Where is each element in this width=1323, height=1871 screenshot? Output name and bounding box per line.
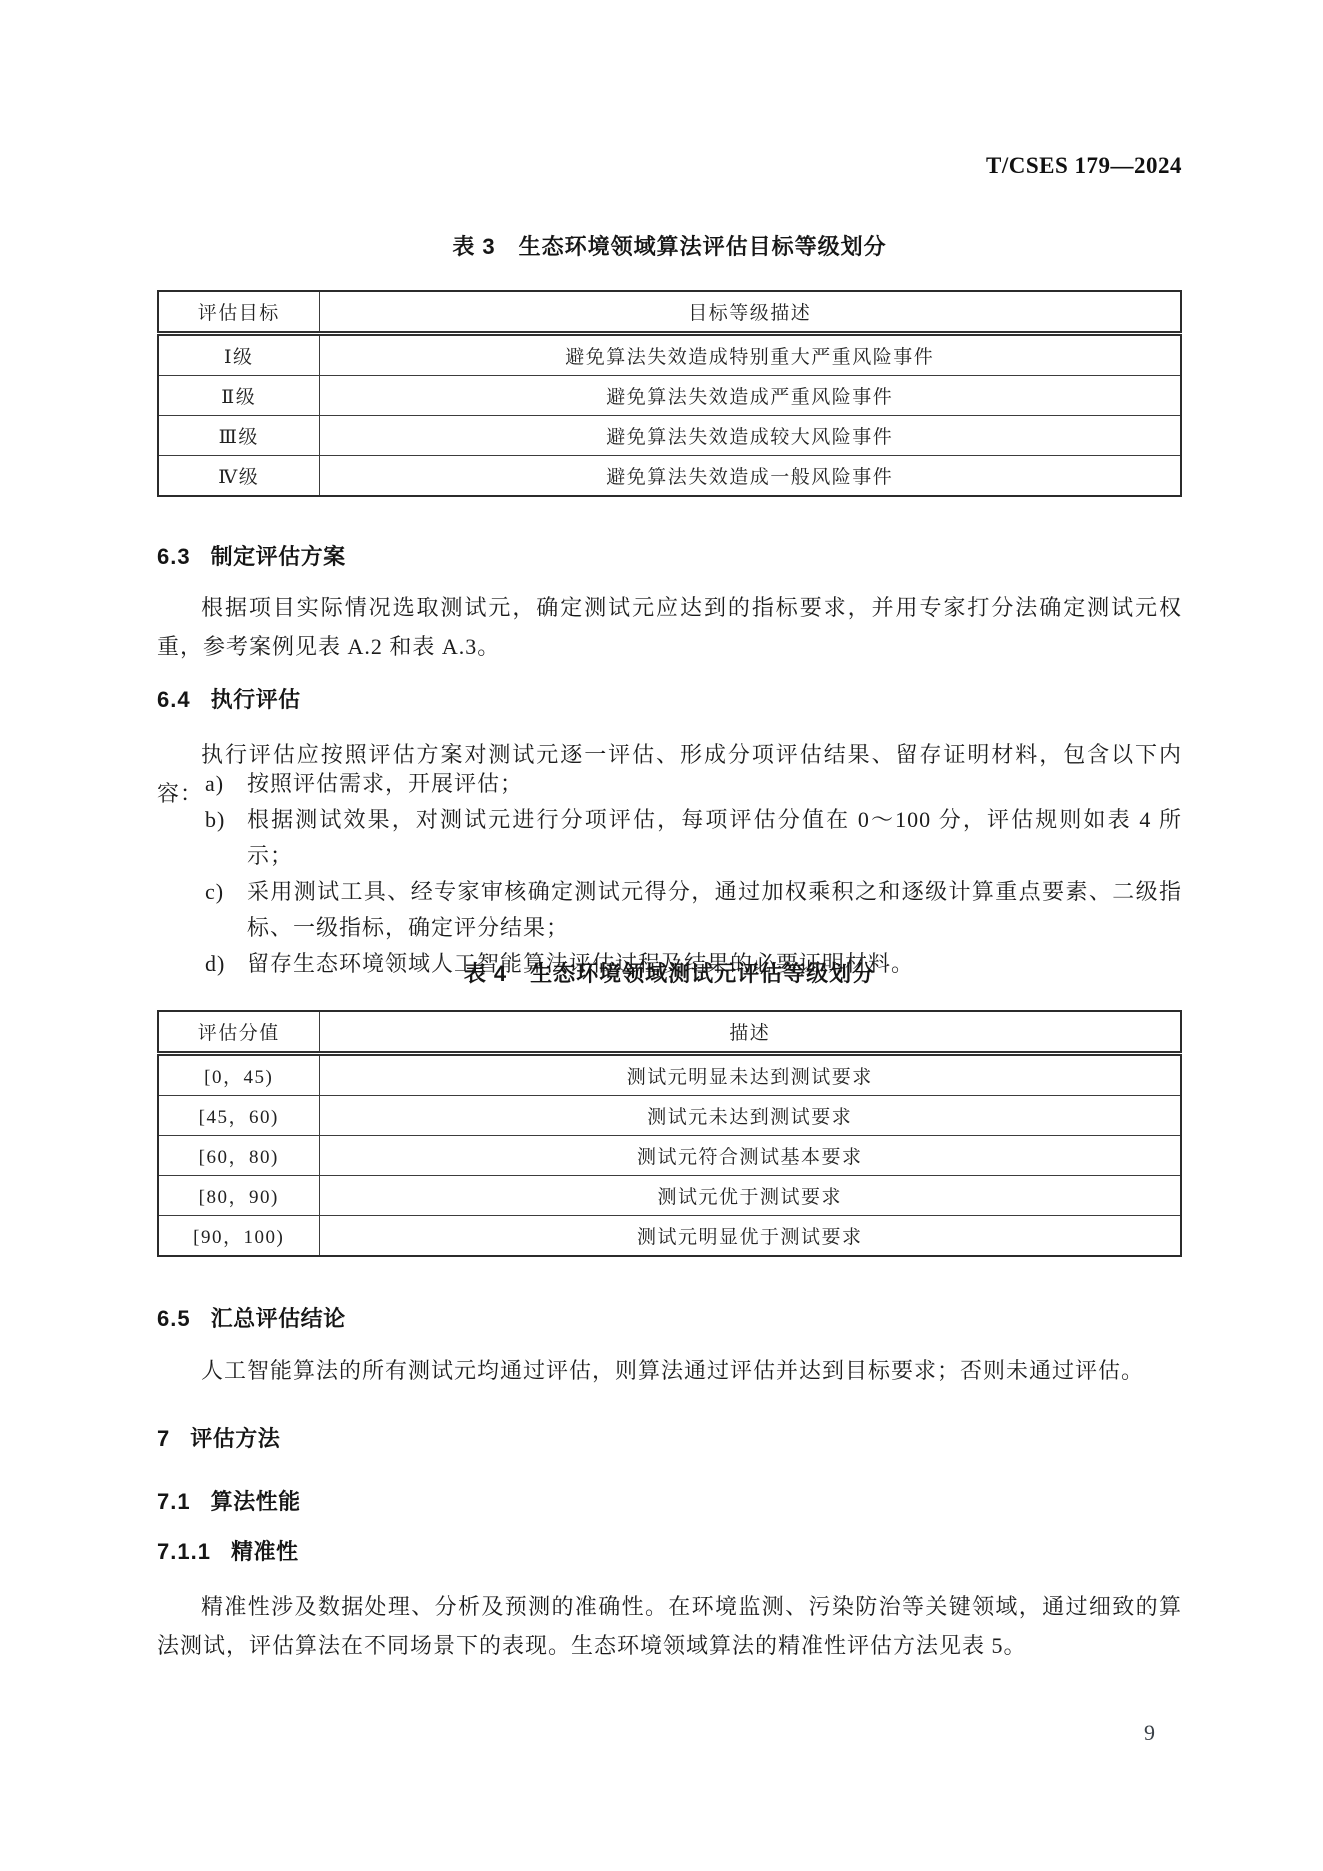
table3-header-row: 评估目标 目标等级描述 (158, 291, 1181, 334)
section-7-1-1-paragraph: 精准性涉及数据处理、分析及预测的准确性。在环境监测、污染防治等关键领域，通过细致… (157, 1587, 1182, 1665)
row-key-cell: [45，60) (158, 1096, 319, 1136)
row-desc-cell: 避免算法失效造成较大风险事件 (319, 416, 1181, 456)
list-item-text: 按照评估需求，开展评估； (247, 766, 1182, 802)
section-number: 7.1 (157, 1489, 191, 1514)
table4-header-row: 评估分值 描述 (158, 1011, 1181, 1054)
section-6-3-heading: 6.3制定评估方案 (157, 540, 1182, 571)
section-number: 7.1.1 (157, 1539, 211, 1564)
table-row: Ⅲ级 避免算法失效造成较大风险事件 (158, 416, 1181, 456)
list-item-c: c) 采用测试工具、经专家审核确定测试元得分，通过加权乘积之和逐级计算重点要素、… (157, 874, 1182, 946)
table4-caption: 表 4 生态环境领域测试元评估等级划分 (157, 957, 1182, 988)
section-title: 精准性 (231, 1539, 299, 1564)
row-desc-cell: 测试元明显未达到测试要求 (319, 1054, 1181, 1096)
row-key-cell: Ⅳ级 (158, 456, 319, 497)
section-title: 制定评估方案 (211, 544, 346, 569)
column-header-description: 目标等级描述 (319, 291, 1181, 334)
section-number: 7 (157, 1426, 170, 1451)
row-desc-cell: 测试元未达到测试要求 (319, 1096, 1181, 1136)
list-item-a: a) 按照评估需求，开展评估； (157, 766, 1182, 802)
section-6-5-heading: 6.5汇总评估结论 (157, 1302, 1182, 1333)
list-item-b: b) 根据测试效果，对测试元进行分项评估，每项评估分值在 0～100 分，评估规… (157, 802, 1182, 874)
list-item-label: c) (205, 874, 247, 910)
table4: 评估分值 描述 [0，45) 测试元明显未达到测试要求 [45，60) 测试元未… (157, 1010, 1182, 1257)
section-6-5-paragraph: 人工智能算法的所有测试元均通过评估，则算法通过评估并达到目标要求；否则未通过评估… (157, 1351, 1182, 1390)
section-7-1-heading: 7.1算法性能 (157, 1485, 1182, 1516)
section-6-4-list: a) 按照评估需求，开展评估； b) 根据测试效果，对测试元进行分项评估，每项评… (157, 766, 1182, 982)
section-7-1-1-heading: 7.1.1精准性 (157, 1535, 1182, 1566)
row-desc-cell: 测试元优于测试要求 (319, 1176, 1181, 1216)
section-6-3-paragraph: 根据项目实际情况选取测试元，确定测试元应达到的指标要求，并用专家打分法确定测试元… (157, 588, 1182, 666)
list-item-text: 采用测试工具、经专家审核确定测试元得分，通过加权乘积之和逐级计算重点要素、二级指… (247, 874, 1182, 946)
row-desc-cell: 避免算法失效造成严重风险事件 (319, 376, 1181, 416)
table3-caption: 表 3 生态环境领域算法评估目标等级划分 (157, 230, 1182, 261)
row-key-cell: Ⅲ级 (158, 416, 319, 456)
section-6-4-heading: 6.4执行评估 (157, 683, 1182, 714)
table-row: [90，100) 测试元明显优于测试要求 (158, 1216, 1181, 1257)
section-title: 汇总评估结论 (211, 1306, 346, 1331)
column-header-description: 描述 (319, 1011, 1181, 1054)
row-key-cell: [80，90) (158, 1176, 319, 1216)
row-desc-cell: 测试元符合测试基本要求 (319, 1136, 1181, 1176)
section-title: 算法性能 (211, 1489, 301, 1514)
list-item-label: a) (205, 766, 247, 802)
table-row: Ⅱ级 避免算法失效造成严重风险事件 (158, 376, 1181, 416)
table-row: [80，90) 测试元优于测试要求 (158, 1176, 1181, 1216)
list-item-label: b) (205, 802, 247, 838)
column-header-score: 评估分值 (158, 1011, 319, 1054)
row-desc-cell: 避免算法失效造成一般风险事件 (319, 456, 1181, 497)
section-title: 执行评估 (211, 687, 301, 712)
table-row: Ⅰ级 避免算法失效造成特别重大严重风险事件 (158, 334, 1181, 376)
row-key-cell: [60，80) (158, 1136, 319, 1176)
table-row: [45，60) 测试元未达到测试要求 (158, 1096, 1181, 1136)
table-row: [0，45) 测试元明显未达到测试要求 (158, 1054, 1181, 1096)
section-number: 6.4 (157, 687, 191, 712)
standard-number: T/CSES 179—2024 (986, 153, 1182, 179)
row-key-cell: Ⅱ级 (158, 376, 319, 416)
row-desc-cell: 避免算法失效造成特别重大严重风险事件 (319, 334, 1181, 376)
table-row: Ⅳ级 避免算法失效造成一般风险事件 (158, 456, 1181, 497)
section-number: 6.3 (157, 544, 191, 569)
table3: 评估目标 目标等级描述 Ⅰ级 避免算法失效造成特别重大严重风险事件 Ⅱ级 避免算… (157, 290, 1182, 497)
row-key-cell: [0，45) (158, 1054, 319, 1096)
section-title: 评估方法 (190, 1426, 280, 1451)
list-item-text: 根据测试效果，对测试元进行分项评估，每项评估分值在 0～100 分，评估规则如表… (247, 802, 1182, 874)
table-row: [60，80) 测试元符合测试基本要求 (158, 1136, 1181, 1176)
page-number: 9 (1144, 1720, 1155, 1746)
document-page: T/CSES 179—2024 表 3 生态环境领域算法评估目标等级划分 评估目… (0, 0, 1323, 1871)
section-number: 6.5 (157, 1306, 191, 1331)
row-key-cell: [90，100) (158, 1216, 319, 1257)
section-7-heading: 7评估方法 (157, 1422, 1182, 1453)
row-key-cell: Ⅰ级 (158, 334, 319, 376)
row-desc-cell: 测试元明显优于测试要求 (319, 1216, 1181, 1257)
column-header-target: 评估目标 (158, 291, 319, 334)
